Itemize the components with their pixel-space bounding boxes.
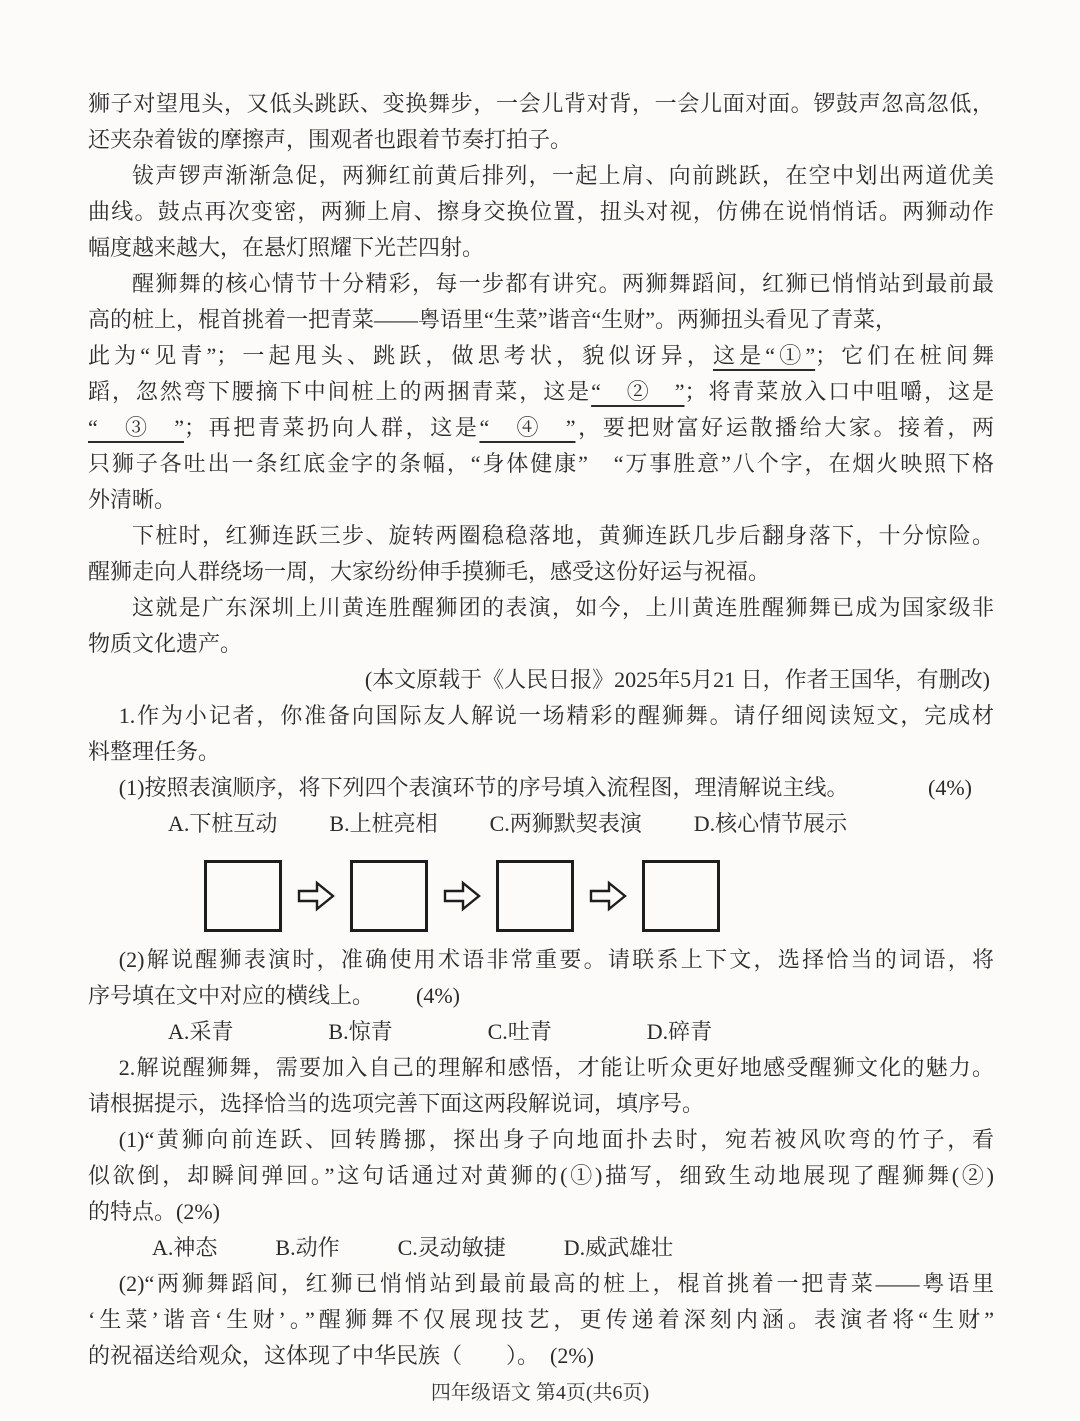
passage-line-01: 狮子对望甩头，又低头跳跃、变换舞步，一会儿背对背，一会儿面对面。锣鼓声忽高忽低， (88, 86, 994, 122)
page-footer: 四年级语文 第4页(共6页) (0, 1376, 1080, 1405)
q2-part1-line-3: 的特点。(2%) (88, 1194, 994, 1230)
source-attribution: (本文原载于《人民日报》2025年5月21 日，作者王国华，有删改) (88, 662, 994, 698)
q2-part2-line-1: (2)“两狮舞蹈间，红狮已悄悄站到最前最高的桩上，棍首挑着一把青菜——粤语里 (88, 1266, 994, 1302)
passage-line-12: 外清晰。 (88, 482, 994, 518)
passage-text: ，要把财富好运散播给大家。接着，两 (575, 415, 994, 440)
passage-text: ；将青菜放入口中咀嚼，这是 (685, 379, 995, 404)
option-b-dongzuo: B.动作 (275, 1230, 339, 1266)
blank-underline-1: 这是“①” (713, 343, 815, 368)
passage-line-09: 蹈，忽然弯下腰摘下中间桩上的两捆青菜，这是“ ② ”；将青菜放入口中咀嚼，这是 (88, 374, 994, 410)
q2-intro-line-1: 2.解说醒狮舞，需要加入自己的理解和感悟，才能让听众更好地感受醒狮文化的魅力。 (88, 1050, 994, 1086)
option-a-xiazhuang-hudong: A.下桩互动 (168, 806, 277, 842)
passage-line-08: 此为“见青”；一起甩头、跳跃，做思考状，貌似讶异，这是“①”；它们在桩间舞 (88, 338, 994, 374)
q1-part2-prompt-text: 序号填在文中对应的横线上。 (88, 983, 374, 1008)
passage-text: 蹈，忽然弯下腰摘下中间桩上的两捆青菜，这是 (88, 379, 591, 404)
option-a-caiqing: A.采青 (168, 1014, 233, 1050)
passage-line-07: 高的桩上，棍首挑着一把青菜——粤语里“生菜”谐音“生财”。两狮扭头看见了青菜， (88, 302, 994, 338)
blank-underline-3: “ ③ ” (88, 415, 184, 440)
q1-part1-score: (4%) (928, 770, 972, 806)
q1-part1-prompt: (1)按照表演顺序，将下列四个表演环节的序号填入流程图，理清解说主线。 (4%) (88, 770, 994, 806)
passage-line-04: 曲线。鼓点再次变密，两狮上肩、擦身交换位置，扭头对视，仿佛在说悄悄话。两狮动作 (88, 194, 994, 230)
passage-line-16: 物质文化遗产。 (88, 626, 994, 662)
q1-part2-prompt-line-2: 序号填在文中对应的横线上。(4%) (88, 978, 994, 1014)
flow-answer-box-4 (642, 860, 720, 932)
flow-answer-box-1 (204, 860, 282, 932)
blank-underline-2: “ ② ” (591, 379, 684, 404)
q2-intro-line-2: 请根据提示，选择恰当的选项完善下面这两段解说词，填序号。 (88, 1086, 994, 1122)
q1-part1-options: A.下桩互动 B.上桩亮相 C.两狮默契表演 D.核心情节展示 (88, 806, 994, 842)
q2-part1-line-2: 似欲倒，却瞬间弹回。”这句话通过对黄狮的(①)描写，细致生动地展现了醒狮舞(②) (88, 1158, 994, 1194)
passage-line-06: 醒狮舞的核心情节十分精彩，每一步都有讲究。两狮舞蹈间，红狮已悄悄站到最前最 (88, 266, 994, 302)
arrow-right-icon (588, 879, 628, 913)
q1-intro-line-1: 1.作为小记者，你准备向国际友人解说一场精彩的醒狮舞。请仔细阅读短文，完成材 (88, 698, 994, 734)
exam-content: 狮子对望甩头，又低头跳跃、变换舞步，一会儿背对背，一会儿面对面。锣鼓声忽高忽低，… (88, 86, 994, 1374)
arrow-right-icon (442, 879, 482, 913)
passage-line-11: 只狮子各吐出一条红底金字的条幅，“身体健康” “万事胜意”八个字，在烟火映照下格 (88, 446, 994, 482)
option-d-suiqing: D.碎青 (647, 1014, 712, 1050)
option-d-hexin-qingjie: D.核心情节展示 (694, 806, 847, 842)
q2-part1-line-1: (1)“黄狮向前连跃、回转腾挪，探出身子向地面扑去时，宛若被风吹弯的竹子，看 (88, 1122, 994, 1158)
passage-line-15: 这就是广东深圳上川黄连胜醒狮团的表演，如今，上川黄连胜醒狮舞已成为国家级非 (88, 590, 994, 626)
q1-part1-prompt-text: (1)按照表演顺序，将下列四个表演环节的序号填入流程图，理清解说主线。 (88, 770, 848, 806)
flow-answer-box-3 (496, 860, 574, 932)
passage-line-03: 钹声锣声渐渐急促，两狮红前黄后排列，一起上肩、向前跳跃，在空中划出两道优美 (88, 158, 994, 194)
q2-part1-options: A.神态 B.动作 C.灵动敏捷 D.威武雄壮 (88, 1230, 994, 1266)
passage-line-10: “ ③ ”；再把青菜扔向人群，这是“ ④ ”，要把财富好运散播给大家。接着，两 (88, 410, 994, 446)
option-d-weiwu-xiongzhuang: D.威武雄壮 (564, 1230, 673, 1266)
q2-part2-line-2: ‘生菜’谐音‘生财’。”醒狮舞不仅展现技艺，更传递着深刻内涵。表演者将“生财” (88, 1302, 994, 1338)
arrow-right-icon (296, 879, 336, 913)
blank-underline-4: “ ④ ” (479, 415, 575, 440)
option-b-shangzhuang-liangxiang: B.上桩亮相 (329, 806, 437, 842)
passage-line-14: 醒狮走向人群绕场一周，大家纷纷伸手摸狮毛，感受这份好运与祝福。 (88, 554, 994, 590)
passage-text: ；它们在桩间舞 (815, 343, 994, 368)
passage-text: ；再把青菜扔向人群，这是 (184, 415, 479, 440)
option-a-shentai: A.神态 (152, 1230, 217, 1266)
q2-part2-line-3: 的祝福送给观众，这体现了中华民族（ ）。 (2%) (88, 1338, 994, 1374)
passage-line-13: 下桩时，红狮连跃三步、旋转两圈稳稳落地，黄狮连跃几步后翻身落下，十分惊险。 (88, 518, 994, 554)
exam-page: 狮子对望甩头，又低头跳跃、变换舞步，一会儿背对背，一会儿面对面。锣鼓声忽高忽低，… (0, 0, 1080, 1421)
passage-line-02: 还夹杂着钹的摩擦声，围观者也跟着节奏打拍子。 (88, 122, 994, 158)
passage-line-05: 幅度越来越大，在悬灯照耀下光芒四射。 (88, 230, 994, 266)
flow-answer-box-2 (350, 860, 428, 932)
q1-part2-prompt-line-1: (2)解说醒狮表演时，准确使用术语非常重要。请联系上下文，选择恰当的词语，将 (88, 942, 994, 978)
option-c-lingdong-minjie: C.灵动敏捷 (398, 1230, 506, 1266)
option-c-moqi-biaoyan: C.两狮默契表演 (490, 806, 642, 842)
q1-intro-line-2: 料整理任务。 (88, 734, 994, 770)
option-b-jingqing: B.惊青 (328, 1014, 392, 1050)
q1-part2-score: (4%) (416, 983, 460, 1008)
q1-part2-options: A.采青 B.惊青 C.吐青 D.碎青 (88, 1014, 994, 1050)
flowchart (204, 850, 994, 942)
option-c-tuqing: C.吐青 (488, 1014, 552, 1050)
passage-text: 此为“见青”；一起甩头、跳跃，做思考状，貌似讶异， (88, 343, 713, 368)
